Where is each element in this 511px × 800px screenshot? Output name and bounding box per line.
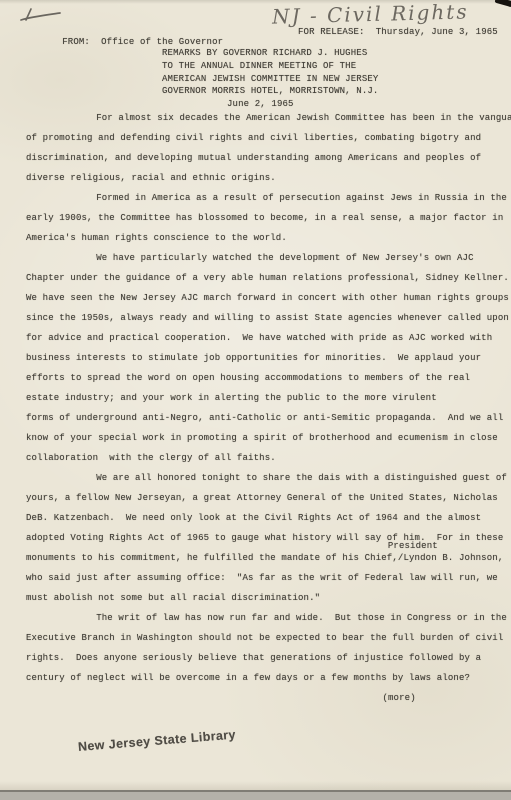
body-line: Executive Branch in Washington should no…: [26, 628, 504, 648]
handwritten-annotation: NJ - Civil Rights: [272, 0, 469, 29]
body-line: forms of underground anti-Negro, anti-Ca…: [26, 408, 504, 428]
body-line: estate industry; and your work in alerti…: [26, 388, 504, 408]
title-line: TO THE ANNUAL DINNER MEETING OF THE: [162, 60, 378, 73]
body-line: monuments to his commitment, he fulfille…: [26, 548, 504, 568]
document-body: For almost six decades the American Jewi…: [26, 108, 504, 708]
body-line: who said just after assuming office: "As…: [26, 568, 504, 588]
body-line: For almost six decades the American Jewi…: [26, 108, 504, 128]
body-line: DeB. Katzenbach. We need only look at th…: [26, 508, 504, 528]
body-line: must abolish not some but all racial dis…: [26, 588, 504, 608]
body-line: The writ of law has now run far and wide…: [26, 608, 504, 628]
release-header-row: FROM: Office of the Governor FOR RELEASE…: [40, 27, 505, 39]
release-gap: [365, 27, 376, 37]
title-block: REMARKS BY GOVERNOR RICHARD J. HUGHESTO …: [162, 47, 378, 111]
library-stamp: New Jersey State Library: [77, 728, 236, 754]
from-gap: [90, 37, 101, 47]
from-value: Office of the Governor: [101, 37, 223, 47]
release-group: FOR RELEASE: Thursday, June 3, 1965: [298, 27, 498, 37]
body-line: Formed in America as a result of persecu…: [26, 188, 504, 208]
body-line: Chapter under the guidance of a very abl…: [26, 268, 504, 288]
body-line: America's human rights conscience to the…: [26, 228, 504, 248]
more-marker: (more): [26, 688, 504, 708]
from-label: FROM:: [62, 37, 90, 47]
body-line: since the 1950s, always ready and willin…: [26, 308, 504, 328]
title-line: REMARKS BY GOVERNOR RICHARD J. HUGHES: [162, 47, 378, 60]
release-label: FOR RELEASE:: [298, 27, 365, 37]
body-line: efforts to spread the word on open housi…: [26, 368, 504, 388]
body-line: We have particularly watched the develop…: [26, 248, 504, 268]
body-line: diverse religious, racial and ethnic ori…: [26, 168, 504, 188]
body-line: know of your special work in promoting a…: [26, 428, 504, 448]
document-page: NJ - Civil Rights FROM: Office of the Go…: [0, 0, 511, 792]
pencil-scribble: [20, 4, 62, 24]
corner-ink-mark: [495, 0, 511, 7]
body-line: collaboration with the clergy of all fai…: [26, 448, 504, 468]
release-value: Thursday, June 3, 1965: [376, 27, 498, 37]
body-line: We have seen the New Jersey AJC march fo…: [26, 288, 504, 308]
body-line: discrimination, and developing mutual un…: [26, 148, 504, 168]
body-line: business interests to stimulate job oppo…: [26, 348, 504, 368]
title-line: AMERICAN JEWISH COMMITTEE IN NEW JERSEY: [162, 73, 378, 86]
body-line: early 1900s, the Committee has blossomed…: [26, 208, 504, 228]
body-line: We are all honored tonight to share the …: [26, 468, 504, 488]
title-line: GOVERNOR MORRIS HOTEL, MORRISTOWN, N.J.: [162, 85, 378, 98]
scan-background: { "page": { "paper_color": "#ebe6d7", "b…: [0, 0, 511, 800]
body-line: for advice and practical cooperation. We…: [26, 328, 504, 348]
body-line: of promoting and defending civil rights …: [26, 128, 504, 148]
body-line: yours, a fellow New Jerseyan, a great At…: [26, 488, 504, 508]
body-line: rights. Does anyone seriously believe th…: [26, 648, 504, 668]
body-line: century of neglect will be overcome in a…: [26, 668, 504, 688]
